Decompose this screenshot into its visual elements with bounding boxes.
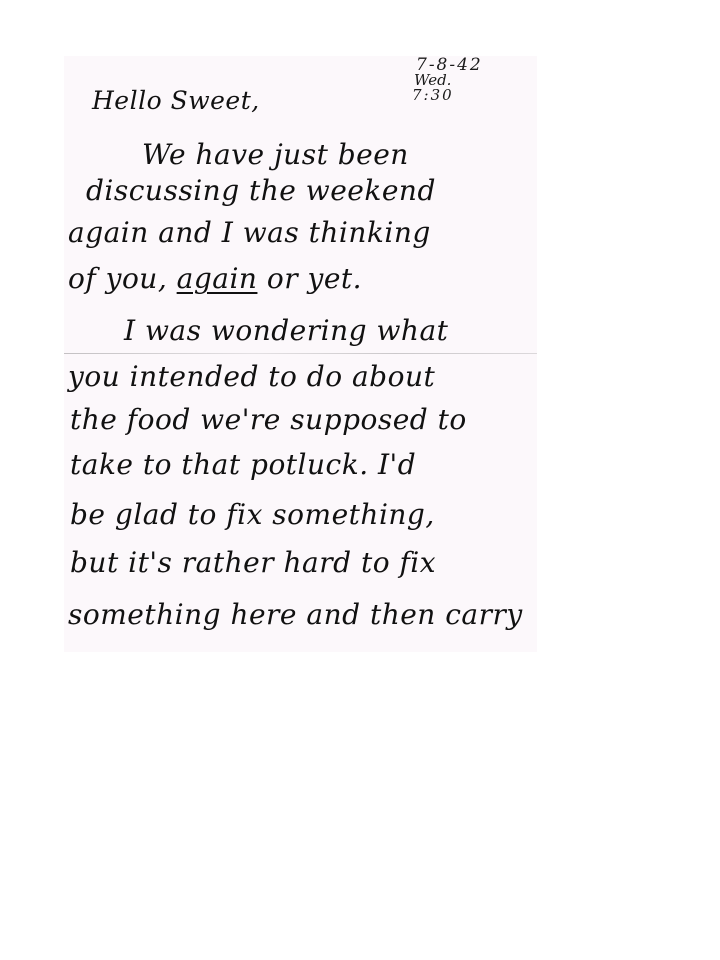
letter-line: be glad to fix something,: [70, 498, 435, 531]
letter-salutation: Hello Sweet,: [92, 86, 260, 115]
letter-line: I was wondering what: [124, 314, 448, 347]
letter-line: again and I was thinking: [68, 216, 431, 249]
letter-line: of you, again or yet.: [68, 262, 362, 295]
letter-line: but it's rather hard to fix: [70, 546, 436, 579]
letter-line: something here and then carry: [68, 598, 523, 631]
letter-line: the food we're supposed to: [70, 403, 467, 436]
date-block: 7-8-42 Wed. 7:30: [412, 58, 483, 103]
letter-line: discussing the weekend: [86, 174, 436, 207]
letter-line: We have just been: [142, 138, 409, 171]
letter-time: 7:30: [412, 88, 483, 103]
letter-line: take to that potluck. I'd: [70, 448, 416, 481]
underlined-word: again: [177, 262, 258, 295]
letter-line: you intended to do about: [68, 360, 435, 393]
paper-fold-line: [64, 353, 537, 354]
letter-page: 7-8-42 Wed. 7:30 Hello Sweet, We have ju…: [64, 56, 537, 652]
